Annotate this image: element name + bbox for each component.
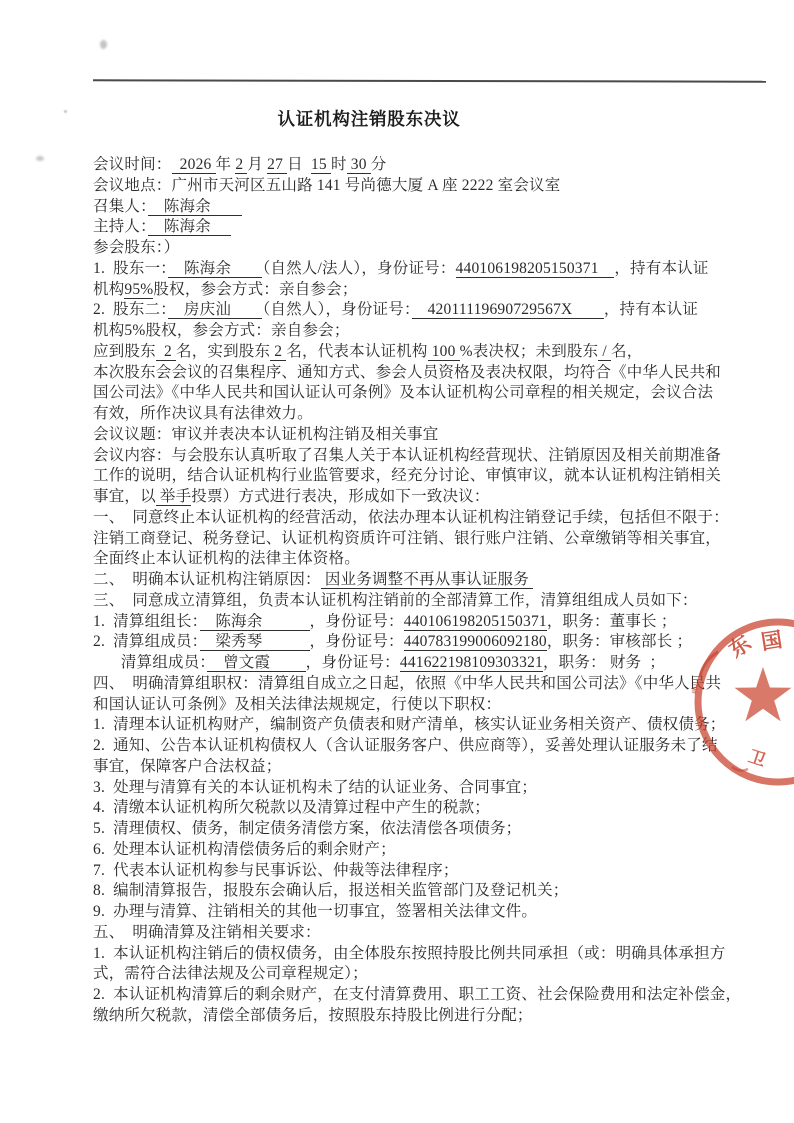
- text-segment: 2. 清算组成员：: [93, 633, 200, 650]
- legality-paragraph-line-1: 本次股东会会议的召集程序、通知方式、参会人员资格及表决权限，均符合《中华人民共和: [93, 363, 757, 384]
- text-segment: ，身份证号：: [310, 633, 404, 650]
- power-item-2-line-1: 2. 通知、公告本认证机构债权人（含认证服务客户、供应商等），妥善处理认证服务未…: [93, 736, 757, 757]
- shareholder-2-line: 2. 股东二： 房庆汕 （自然人），身份证号： 4201111969072956…: [93, 300, 757, 321]
- filled-blank: 15: [311, 156, 331, 174]
- attending-shareholders-label: 参会股东：）: [93, 238, 757, 259]
- text-segment: 9. 办理与清算、注销相关的其他一切事宜，签署相关法律文件。: [93, 903, 537, 920]
- text-segment: 参会股东：）: [93, 239, 179, 256]
- text-segment: 时: [331, 156, 347, 173]
- filled-blank: 因业务调整不再从事认证服务: [321, 571, 533, 589]
- text-segment: 1. 本认证机构注销后的债权债务，由全体股东按照持股比例共同承担（或：明确具体承…: [93, 945, 725, 962]
- filled-blank: 440106198205150371: [404, 613, 547, 631]
- text-segment: 4. 清缴本认证机构所欠税款以及清算过程中产生的税款；: [93, 799, 490, 816]
- power-item-5: 5. 清理债权、债务，制定债务清偿方案，依法清偿各项债务；: [93, 819, 757, 840]
- resolution-3-line: 三、 同意成立清算组，负责本认证机构注销前的全部清算工作，清算组组成人员如下：: [93, 591, 757, 612]
- requirement-2-line-1: 2. 本认证机构清算后的剩余财产，在支付清算费用、职工工资、社会保险费用和法定补…: [93, 985, 757, 1006]
- filled-blank: 42011119690729567X: [412, 301, 604, 319]
- shareholder-1-line-cont: 机构95%股权，参会方式：亲自参会；: [93, 280, 757, 301]
- resolution-2-line: 二、 明确本认证机构注销原因： 因业务调整不再从事认证服务: [93, 570, 757, 591]
- text-segment: 名，代表本认证机构: [286, 343, 427, 360]
- resolution-1-line-3: 全面终止本认证机构的法律主体资格。: [93, 549, 757, 570]
- text-segment: 注销工商登记、税务登记、认证机构资质许可注销、银行账户注销、公章缴销等相关事宜，: [93, 530, 721, 547]
- power-item-7: 7. 代表本认证机构参与民事诉讼、仲裁等法律程序；: [93, 861, 757, 882]
- seal-arc-char: 国: [759, 627, 783, 654]
- power-item-2-line-2: 事宜，保障客户合法权益；: [93, 757, 757, 778]
- power-item-1: 1. 清理本认证机构财产，编制资产负债表和财产清单，核实认证业务相关资产、债权债…: [93, 715, 757, 736]
- text-segment: 7. 代表本认证机构参与民事诉讼、仲裁等法律程序；: [93, 862, 459, 879]
- header-rule: [93, 79, 766, 82]
- text-segment: 1. 股东一：: [93, 260, 168, 277]
- text-segment: 会议议题：审议并表决本认证机构注销及相关事宜: [93, 426, 438, 443]
- host-line: 主持人： 陈海余: [93, 217, 757, 238]
- text-segment: 召集人：: [93, 198, 148, 215]
- document-body: 会议时间： 2026 年 2 月 27 日 15 时 30 分会议地点：广州市天…: [93, 155, 757, 1027]
- filled-blank: 440106198205150371: [456, 260, 615, 278]
- legality-paragraph-line-3: 有效，所作决议具有法律效力。: [93, 404, 757, 425]
- text-segment: 二、 明确本认证机构注销原因：: [93, 571, 321, 588]
- text-segment: ，职务：审核部长 ；: [547, 633, 692, 650]
- meeting-content-line-2: 工作的说明，结合认证机构行业监管要求，经充分讨论、审慎审议，就本认证机构注销相关: [93, 466, 757, 487]
- text-segment: 有效，所作决议具有法律效力。: [93, 405, 313, 422]
- text-segment: 式，需符合法律法规及公司章程规定）；: [93, 965, 368, 982]
- resolution-1-line-1: 一、 同意终止本认证机构的经营活动，依法办理本认证机构注销登记手续，包括但不限于…: [93, 508, 757, 529]
- text-segment: 三、 同意成立清算组，负责本认证机构注销前的全部清算工作，清算组组成人员如下：: [93, 592, 698, 609]
- filled-blank: 27: [267, 156, 287, 174]
- text-segment: （自然人/法人），身份证号：: [262, 260, 455, 277]
- text-segment: 和国认证认可条例》及相关法律法规规定，行使以下职权：: [93, 696, 501, 713]
- filled-blank: 100: [428, 343, 460, 361]
- filled-blank: 曾文霞: [207, 654, 305, 672]
- text-segment: ，持有本认证: [604, 301, 698, 318]
- liquidation-leader-line: 1. 清算组组长： 陈海余 ，身份证号：440106198205150371，职…: [93, 612, 757, 633]
- power-item-6: 6. 处理本认证机构清偿债务后的剩余财产；: [93, 840, 757, 861]
- text-segment: 6. 处理本认证机构清偿债务后的剩余财产；: [93, 841, 396, 858]
- scan-artifact: [64, 110, 67, 113]
- power-item-4: 4. 清缴本认证机构所欠税款以及清算过程中产生的税款；: [93, 798, 757, 819]
- seal-bottom-char: 卫: [746, 747, 768, 770]
- filled-blank: 陈海余: [200, 613, 310, 631]
- filled-blank: 95%: [124, 281, 153, 299]
- filled-blank: 2: [156, 343, 176, 361]
- filled-blank: 2026: [172, 156, 216, 174]
- text-segment: 5. 清理债权、债务，制定债务清偿方案，依法清偿各项债务；: [93, 820, 521, 837]
- text-segment: 2. 股东二：: [93, 301, 168, 318]
- attendance-summary-line: 应到股东 2 名，实到股东 2 名，代表本认证机构 100 %表决权；未到股东 …: [93, 342, 757, 363]
- text-segment: 应到股东: [93, 343, 156, 360]
- text-segment: 投票）方式进行表决，形成如下一致决议：: [191, 488, 489, 505]
- liquidation-member-1-line: 2. 清算组成员： 梁秀琴 ，身份证号：440783199006092180，职…: [93, 632, 757, 653]
- filled-blank: 陈海余: [148, 218, 231, 236]
- filled-blank: 陈海余: [168, 260, 262, 278]
- requirement-1-line-2: 式，需符合法律法规及公司章程规定）；: [93, 964, 757, 985]
- resolution-4-line-1: 四、 明确清算组职权：清算组自成立之日起，依照《中华人民共和国公司法》《中华人民…: [93, 674, 757, 695]
- power-item-9: 9. 办理与清算、注销相关的其他一切事宜，签署相关法律文件。: [93, 902, 757, 923]
- text-segment: ，持有本认证: [614, 260, 708, 277]
- filled-blank: 陈海余: [148, 198, 242, 216]
- requirement-1-line-1: 1. 本认证机构注销后的债权债务，由全体股东按照持股比例共同承担（或：明确具体承…: [93, 944, 757, 965]
- text-segment: ，职务：董事长 ；: [547, 613, 677, 630]
- company-seal-stamp: 东 国 卫 061: [686, 582, 794, 817]
- text-segment: （自然人），身份证号：: [262, 301, 411, 318]
- meeting-topic-line: 会议议题：审议并表决本认证机构注销及相关事宜: [93, 425, 757, 446]
- text-segment: 2. 本认证机构清算后的剩余财产，在支付清算费用、职工工资、社会保险费用和法定补…: [93, 986, 741, 1003]
- text-segment: 本次股东会会议的召集程序、通知方式、参会人员资格及表决权限，均符合《中华人民共和: [93, 364, 721, 381]
- resolution-5-line: 五、 明确清算及注销相关要求：: [93, 923, 757, 944]
- text-segment: %表决权；未到股东: [460, 343, 599, 360]
- filled-blank: 举手: [156, 488, 191, 506]
- text-segment: 四、 明确清算组职权：清算组自成立之日起，依照《中华人民共和国公司法》《中华人民…: [93, 675, 721, 692]
- text-segment: 全面终止本认证机构的法律主体资格。: [93, 550, 360, 567]
- text-segment: ，职务： 财务 ；: [543, 654, 665, 671]
- text-segment: 机构5%股权，参会方式：亲自参会；: [93, 322, 350, 339]
- text-segment: 会议时间：: [93, 156, 172, 173]
- filled-blank: 440783199006092180: [404, 633, 547, 651]
- scan-artifact: [100, 40, 107, 49]
- filled-blank: 房庆汕: [168, 301, 262, 319]
- filled-blank: 2: [270, 343, 286, 361]
- scanned-document-page: 认证机构注销股东决议 会议时间： 2026 年 2 月 27 日 15 时 30…: [0, 0, 794, 1123]
- convener-line: 召集人： 陈海余: [93, 197, 757, 218]
- filled-blank: 441622198109303321: [400, 654, 543, 672]
- text-segment: 名，实到股东: [176, 343, 270, 360]
- text-segment: 2. 通知、公告本认证机构债权人（含认证服务客户、供应商等），妥善处理认证服务未…: [93, 737, 718, 754]
- text-segment: 工作的说明，结合认证机构行业监管要求，经充分讨论、审慎审议，就本认证机构注销相关: [93, 467, 721, 484]
- meeting-content-line-3: 事宜，以 举手投票）方式进行表决，形成如下一致决议：: [93, 487, 757, 508]
- seal-star-icon: [735, 667, 792, 721]
- shareholder-1-line: 1. 股东一： 陈海余 （自然人/法人），身份证号：44010619820515…: [93, 259, 757, 280]
- filled-blank: /: [598, 343, 611, 361]
- requirement-2-line-2: 缴纳所欠税款，清偿全部债务后，按照股东持股比例进行分配；: [93, 1006, 757, 1027]
- legality-paragraph-line-2: 国公司法》《中华人民共和国认证认可条例》及本认证机构公司章程的相关规定，会议合法: [93, 383, 757, 404]
- text-segment: 事宜，保障客户合法权益；: [93, 758, 281, 775]
- text-segment: 会议内容：与会股东认真听取了召集人关于本认证机构经营现状、注销原因及相关前期准备: [93, 447, 721, 464]
- text-segment: 国公司法》《中华人民共和国认证认可条例》及本认证机构公司章程的相关规定，会议合法: [93, 384, 713, 401]
- text-segment: 1. 清算组组长：: [93, 613, 200, 630]
- text-segment: 日: [287, 156, 311, 173]
- resolution-1-line-2: 注销工商登记、税务登记、认证机构资质许可注销、银行账户注销、公章缴销等相关事宜，: [93, 529, 757, 550]
- liquidation-member-2-line: 清算组成员： 曾文霞 ，身份证号：441622198109303321，职务： …: [93, 653, 757, 674]
- power-item-3: 3. 处理与清算有关的本认证机构未了结的认证业务、合同事宜；: [93, 778, 757, 799]
- text-segment: 清算组成员：: [93, 654, 207, 671]
- text-segment: 8. 编制清算报告，报股东会确认后，报送相关监管部门及登记机关；: [93, 882, 568, 899]
- text-segment: 股权，参会方式：亲自参会；: [153, 281, 357, 298]
- text-segment: 1. 清理本认证机构财产，编制资产负债表和财产清单，核实认证业务相关资产、债权债…: [93, 716, 725, 733]
- text-segment: 分: [371, 156, 387, 173]
- text-segment: 会议地点：广州市天河区五山路 141 号尚德大厦 A 座 2222 室会议室: [93, 177, 560, 194]
- text-segment: ，身份证号：: [306, 654, 400, 671]
- meeting-time-line: 会议时间： 2026 年 2 月 27 日 15 时 30 分: [93, 155, 757, 176]
- text-segment: 名，: [611, 343, 642, 360]
- filled-blank: 梁秀琴: [200, 633, 310, 651]
- power-item-8: 8. 编制清算报告，报股东会确认后，报送相关监管部门及登记机关；: [93, 881, 757, 902]
- text-segment: 一、 同意终止本认证机构的经营活动，依法办理本认证机构注销登记手续，包括但不限于…: [93, 509, 729, 526]
- text-segment: 年: [216, 156, 236, 173]
- document-title: 认证机构注销股东决议: [93, 106, 645, 131]
- text-segment: 3. 处理与清算有关的本认证机构未了结的认证业务、合同事宜；: [93, 779, 537, 796]
- scan-artifact: [36, 156, 44, 161]
- meeting-place-line: 会议地点：广州市天河区五山路 141 号尚德大厦 A 座 2222 室会议室: [93, 176, 757, 197]
- text-segment: 缴纳所欠税款，清偿全部债务后，按照股东持股比例进行分配；: [93, 1007, 533, 1024]
- resolution-4-line-2: 和国认证认可条例》及相关法律法规规定，行使以下职权：: [93, 695, 757, 716]
- text-segment: 五、 明确清算及注销相关要求：: [93, 924, 321, 941]
- text-segment: 事宜，以: [93, 488, 156, 505]
- meeting-content-line-1: 会议内容：与会股东认真听取了召集人关于本认证机构经营现状、注销原因及相关前期准备: [93, 446, 757, 467]
- text-segment: 机构: [93, 281, 124, 298]
- text-segment: 主持人：: [93, 218, 148, 235]
- text-segment: 月: [247, 156, 267, 173]
- text-segment: ，身份证号：: [310, 613, 404, 630]
- filled-blank: 30: [347, 156, 371, 174]
- filled-blank: 2: [235, 156, 247, 174]
- shareholder-2-line-cont: 机构5%股权，参会方式：亲自参会；: [93, 321, 757, 342]
